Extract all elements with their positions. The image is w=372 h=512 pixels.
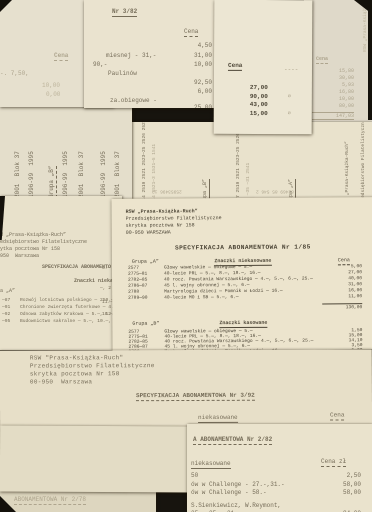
price-fragment: 10,00 [42,82,60,89]
cena-header: Cena zł [321,458,346,467]
item-fragment: 90,- [93,61,107,68]
rsw-header-line: RSW „Prasa-Książka-Ruch” [126,208,198,215]
price-value: 16,80 [312,89,354,95]
item-description: Chronione zwierzęta futerkowe — 4.—, [20,305,119,311]
price-value: 16,00 [322,288,362,294]
text-line: Przedsiębiorstwo Filatelistyczne [361,122,366,206]
price-value: 5,00 [322,264,362,270]
rotated-year-column: 2001 Blok 37 [78,151,85,198]
spec-title-fragment: ABONAMENTOWA Nr 2/78 [14,496,86,505]
catalog-number: 2788 [128,290,139,296]
price-value: 58,00 [323,481,361,488]
spec-subtitle-fragment: niekasowane [198,414,238,423]
rsw-header-line: Przedsiębiorstwo Filatelistyczne [126,215,222,222]
rotated-group-label: Grupa „B” [48,166,55,198]
paper-bottom-right: A ABONAMENTOWA Nr 2/82 niekasowane Cena … [187,424,372,512]
rotated-catalog-column: 2517 2519 2521 2523—25 2526 2528 2531—35 [236,122,241,206]
rotated-catalog-column: 1514 1521—3 1531—5 1541 [152,144,157,206]
catalog-number: 2789—90 [128,296,147,302]
item-description: Odnowa zabytków Krakowa — 5.—, 12. [20,312,114,318]
spec-title-fragment: SPECYFIKACJA ABONAMENTO [42,264,111,270]
total-value: 147,03 [312,112,354,120]
paper-bottom-left-blank [0,425,192,492]
upside-down-fragment: 82469 85 546 2 [256,188,294,193]
price-value: 15,80 [312,68,354,74]
item-description: 40-lecie MO i SB — 5.—, 6.— [164,295,238,301]
price-value: 11,00 [322,294,362,300]
paper-left-mid: W „Prasa-Książka-Ruch” edsiębiorstwo Fil… [0,196,122,350]
cena-header: Cena [316,56,328,64]
item-fragment: ów w Challenge - 27.-,31.- [191,481,285,488]
spec-title: SPECYFIKACJA ABONAMENTOWA Nr 1/85 [112,243,372,252]
cena-header: Cena [228,62,242,71]
price-value: 80,00 [312,103,354,109]
price-value: 92,50 [170,79,212,86]
group-label-fragment: a „A” [0,288,15,294]
dash-mark: ---- [284,66,298,73]
photo-edge-right [368,10,372,120]
edge-fragment: 5.— [102,266,110,272]
rotated-year-column: 2001 Blok 37 [114,151,121,198]
price-value: 6,00 [170,88,212,95]
rotated-year-column: 1996-99 1995 [28,151,35,198]
price-value: 30,00 [312,75,354,81]
catalog-number: 2577 [128,266,139,272]
paper-top-right: Cena ---- 27,00 90,00 43,00 15,00 ø ø [214,0,313,134]
item-fragment: miesnej - 31,- [106,52,156,59]
price-value: 25,00 [170,104,212,108]
price-value: 43,00 [224,101,268,108]
header-fragment: W „Prasa-Książka-Ruch” [0,232,66,238]
check-mark: ø [288,93,291,99]
cena-header: Cena [330,411,344,420]
edge-fragment: —, 2 [100,286,111,292]
header-fragment: edsiębiorstwo Filatelistyczne [0,239,87,245]
price-value: 58,00 [323,489,361,496]
price-value: 4,50 [170,42,212,49]
header-fragment: ytka pocztowa Nr 158 [0,246,60,252]
price-value: 40,00 [322,276,362,282]
rotated-year-column: 1996-99 1995 [62,151,69,198]
text-line: RSW „Prasa-Książka-Ruch” [345,122,350,206]
price-value: 27,00 [224,84,268,91]
rotated-rsw-header: RSW „Prasa-Książka-Ruch” Przedsiębiorstw… [334,122,372,206]
price-fragment: 0,00 [46,91,60,98]
item-fragment: Paulinów [108,70,137,77]
price-value: 15,00 [224,110,268,117]
catalog-number: 2775—81 [128,272,147,278]
rsw-header-line: Przedsiębiorstwo Filatelistyczne [30,362,155,370]
item-fragment: ów w Challenge - 58.- [191,489,267,496]
upside-down-fragment: 25953496 12 [152,188,182,193]
item-fragment: 50 [191,472,198,479]
catalog-number: 2786—87 [128,284,147,290]
cena-header: Cena [54,52,68,61]
rotated-year-column: 2001 Blok 37 [14,151,21,198]
paper-strip-left: 2001 Blok 37 1996-99 1995 Grupa „B” 1996… [0,102,132,204]
price-value: 2,50 [323,472,361,479]
rsw-header-line: skrytka pocztowa Nr 158 [30,370,120,378]
cena-header: Cena [184,28,198,37]
spec-title: SPECYFIKACJA ABONAMENTOWA Nr 3/92 [136,392,255,401]
catalog-number: —87 [2,298,10,304]
spec-subtitle-fragment: niekasowane [191,460,231,469]
price-value: 5,93 [312,82,354,88]
rotated-year-column: 1996-99 1995 [100,151,107,198]
paper-central-spec: RSW „Prasa-Książka-Ruch” Przedsiębiorstw… [111,197,372,351]
price-value: 10,00 [170,61,212,68]
item-description: Budownictwo sakralne — 5.—, 10.—, 18. [20,319,122,325]
price-value: 31,00 [322,282,362,288]
price-value: 31,00 [170,52,212,59]
catalog-number: —92 [2,312,10,318]
price-value: 90,00 [224,93,268,100]
rsw-header-line: 00-950 Warszawa [30,378,92,385]
catalog-number: —95 [2,319,10,325]
catalog-number: —91 [2,305,10,311]
rsw-header-line: 00-950 WARSZAWA [126,230,171,236]
price-value: 10,00 [312,96,354,102]
doc-number: Nr 3/82 [112,8,137,17]
item-description: Martyrologia dzieci — Pomnik w Łodzi — 1… [164,289,283,295]
spec-title-fragment: A ABONAMENTOWA Nr 2/82 [193,436,272,445]
catalog-number: 2782—85 [128,278,147,284]
check-mark: ø [288,110,291,116]
header-fragment: 950 Warszawa [0,253,39,259]
group-a-total: 130,00 [322,303,362,311]
rsw-header-line: skrytka pocztowa Nr 158 [126,222,195,228]
item-fragment: S.Sienkiewicz, W.Reymont, [191,502,281,509]
rsw-header-line: RSW "Prasa-Książka-Ruch" [30,354,124,362]
price-value: 27,00 [322,270,362,276]
item-fragment: za.obiegowe - [110,97,157,104]
price-fragment: -. 7,50, [0,70,29,77]
rotated-catalog-column: 2514 2519 2521 2523—25 2526 2528 2531—35… [142,122,147,206]
group-b-subtitle: Znaczki kasowane [219,320,267,328]
